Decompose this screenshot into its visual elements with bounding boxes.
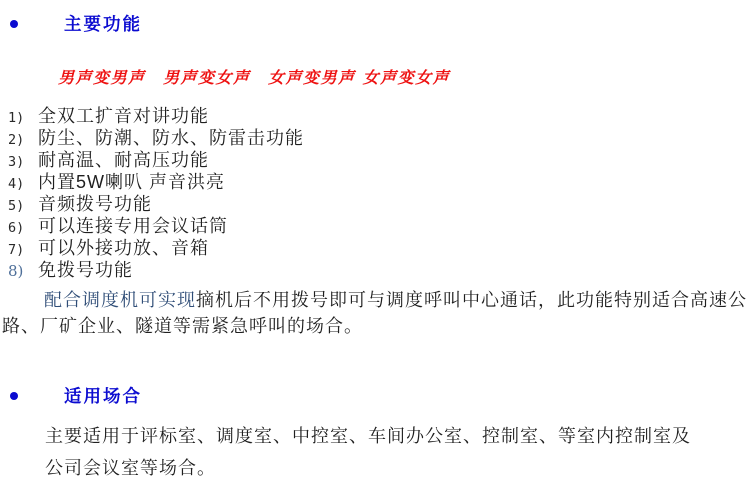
feature-item: 7) 可以外接功放、音箱 bbox=[0, 234, 750, 256]
feature-item: 2) 防尘、防潮、防水、防雷击功能 bbox=[0, 124, 750, 146]
feature-item: 8) 免拨号功能 bbox=[0, 256, 750, 278]
feature-item: 1) 全双工扩音对讲功能 bbox=[0, 102, 750, 124]
feature-item: 3) 耐高温、耐高压功能 bbox=[0, 146, 750, 168]
section-title-usage: 适用场合 bbox=[64, 383, 142, 408]
dispatch-note-lead: 配合调度机可实现 bbox=[44, 290, 196, 310]
dispatch-note-paragraph: 配合调度机可实现摘机后不用拨号即可与调度呼叫中心通话，此功能特别适合高速公路、厂… bbox=[2, 287, 748, 339]
document-page: 主要功能 男声变男声 男声变女声 女声变男声 女声变女声 1) 全双工扩音对讲功… bbox=[0, 0, 750, 492]
voice-modes-line: 男声变男声 男声变女声 女声变男声 女声变女声 bbox=[58, 65, 750, 88]
feature-text: 免拨号功能 bbox=[38, 256, 133, 282]
feature-number: 8) bbox=[8, 262, 38, 280]
section-heading-usage: 适用场合 bbox=[10, 383, 750, 408]
section-title-main: 主要功能 bbox=[64, 11, 142, 36]
feature-item: 4) 内置5W喇叭 声音洪亮 bbox=[0, 168, 750, 190]
bullet-icon bbox=[10, 20, 18, 28]
feature-number: 1) bbox=[8, 110, 38, 126]
section-heading-main: 主要功能 bbox=[10, 0, 750, 36]
feature-item: 5) 音频拨号功能 bbox=[0, 190, 750, 212]
feature-number: 3) bbox=[8, 154, 38, 170]
feature-number: 4) bbox=[8, 176, 38, 192]
bullet-icon bbox=[10, 392, 18, 400]
feature-number: 7) bbox=[8, 242, 38, 258]
feature-item: 6) 可以连接专用会议话筒 bbox=[0, 212, 750, 234]
usage-paragraph: 主要适用于评标室、调度室、中控室、车间办公室、控制室、等室内控制室及公司会议室等… bbox=[45, 420, 695, 484]
feature-list: 1) 全双工扩音对讲功能 2) 防尘、防潮、防水、防雷击功能 3) 耐高温、耐高… bbox=[0, 102, 750, 278]
feature-number: 5) bbox=[8, 198, 38, 214]
feature-number: 6) bbox=[8, 220, 38, 236]
feature-number: 2) bbox=[8, 132, 38, 148]
